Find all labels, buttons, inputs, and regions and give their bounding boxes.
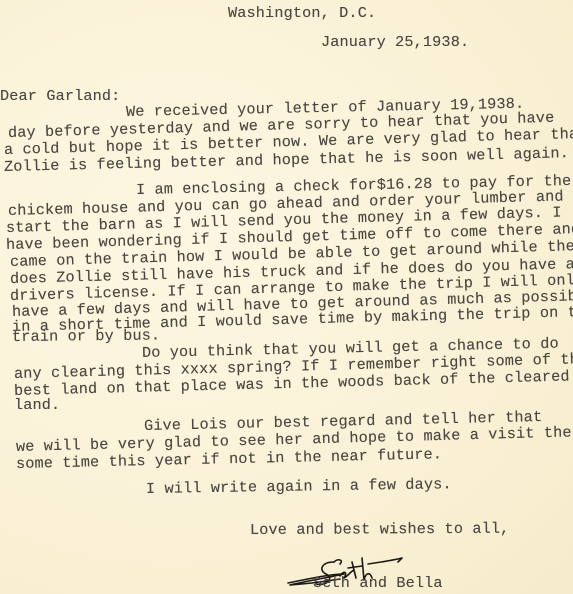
letter-place: Washington, D.C.	[228, 6, 376, 21]
body-line: I will write again in a few days.	[146, 477, 452, 497]
letter-date: January 25,1938.	[321, 35, 469, 50]
letter-salutation: Dear Garland:	[0, 89, 120, 104]
body-line: train or by bus.	[12, 328, 160, 345]
body-line: land.	[14, 398, 60, 413]
typed-signature: Seth and Bella	[313, 576, 443, 591]
letter-closing: Love and best wishes to all,	[250, 522, 509, 539]
letter-page: Washington, D.C. January 25,1938. Dear G…	[0, 0, 573, 594]
